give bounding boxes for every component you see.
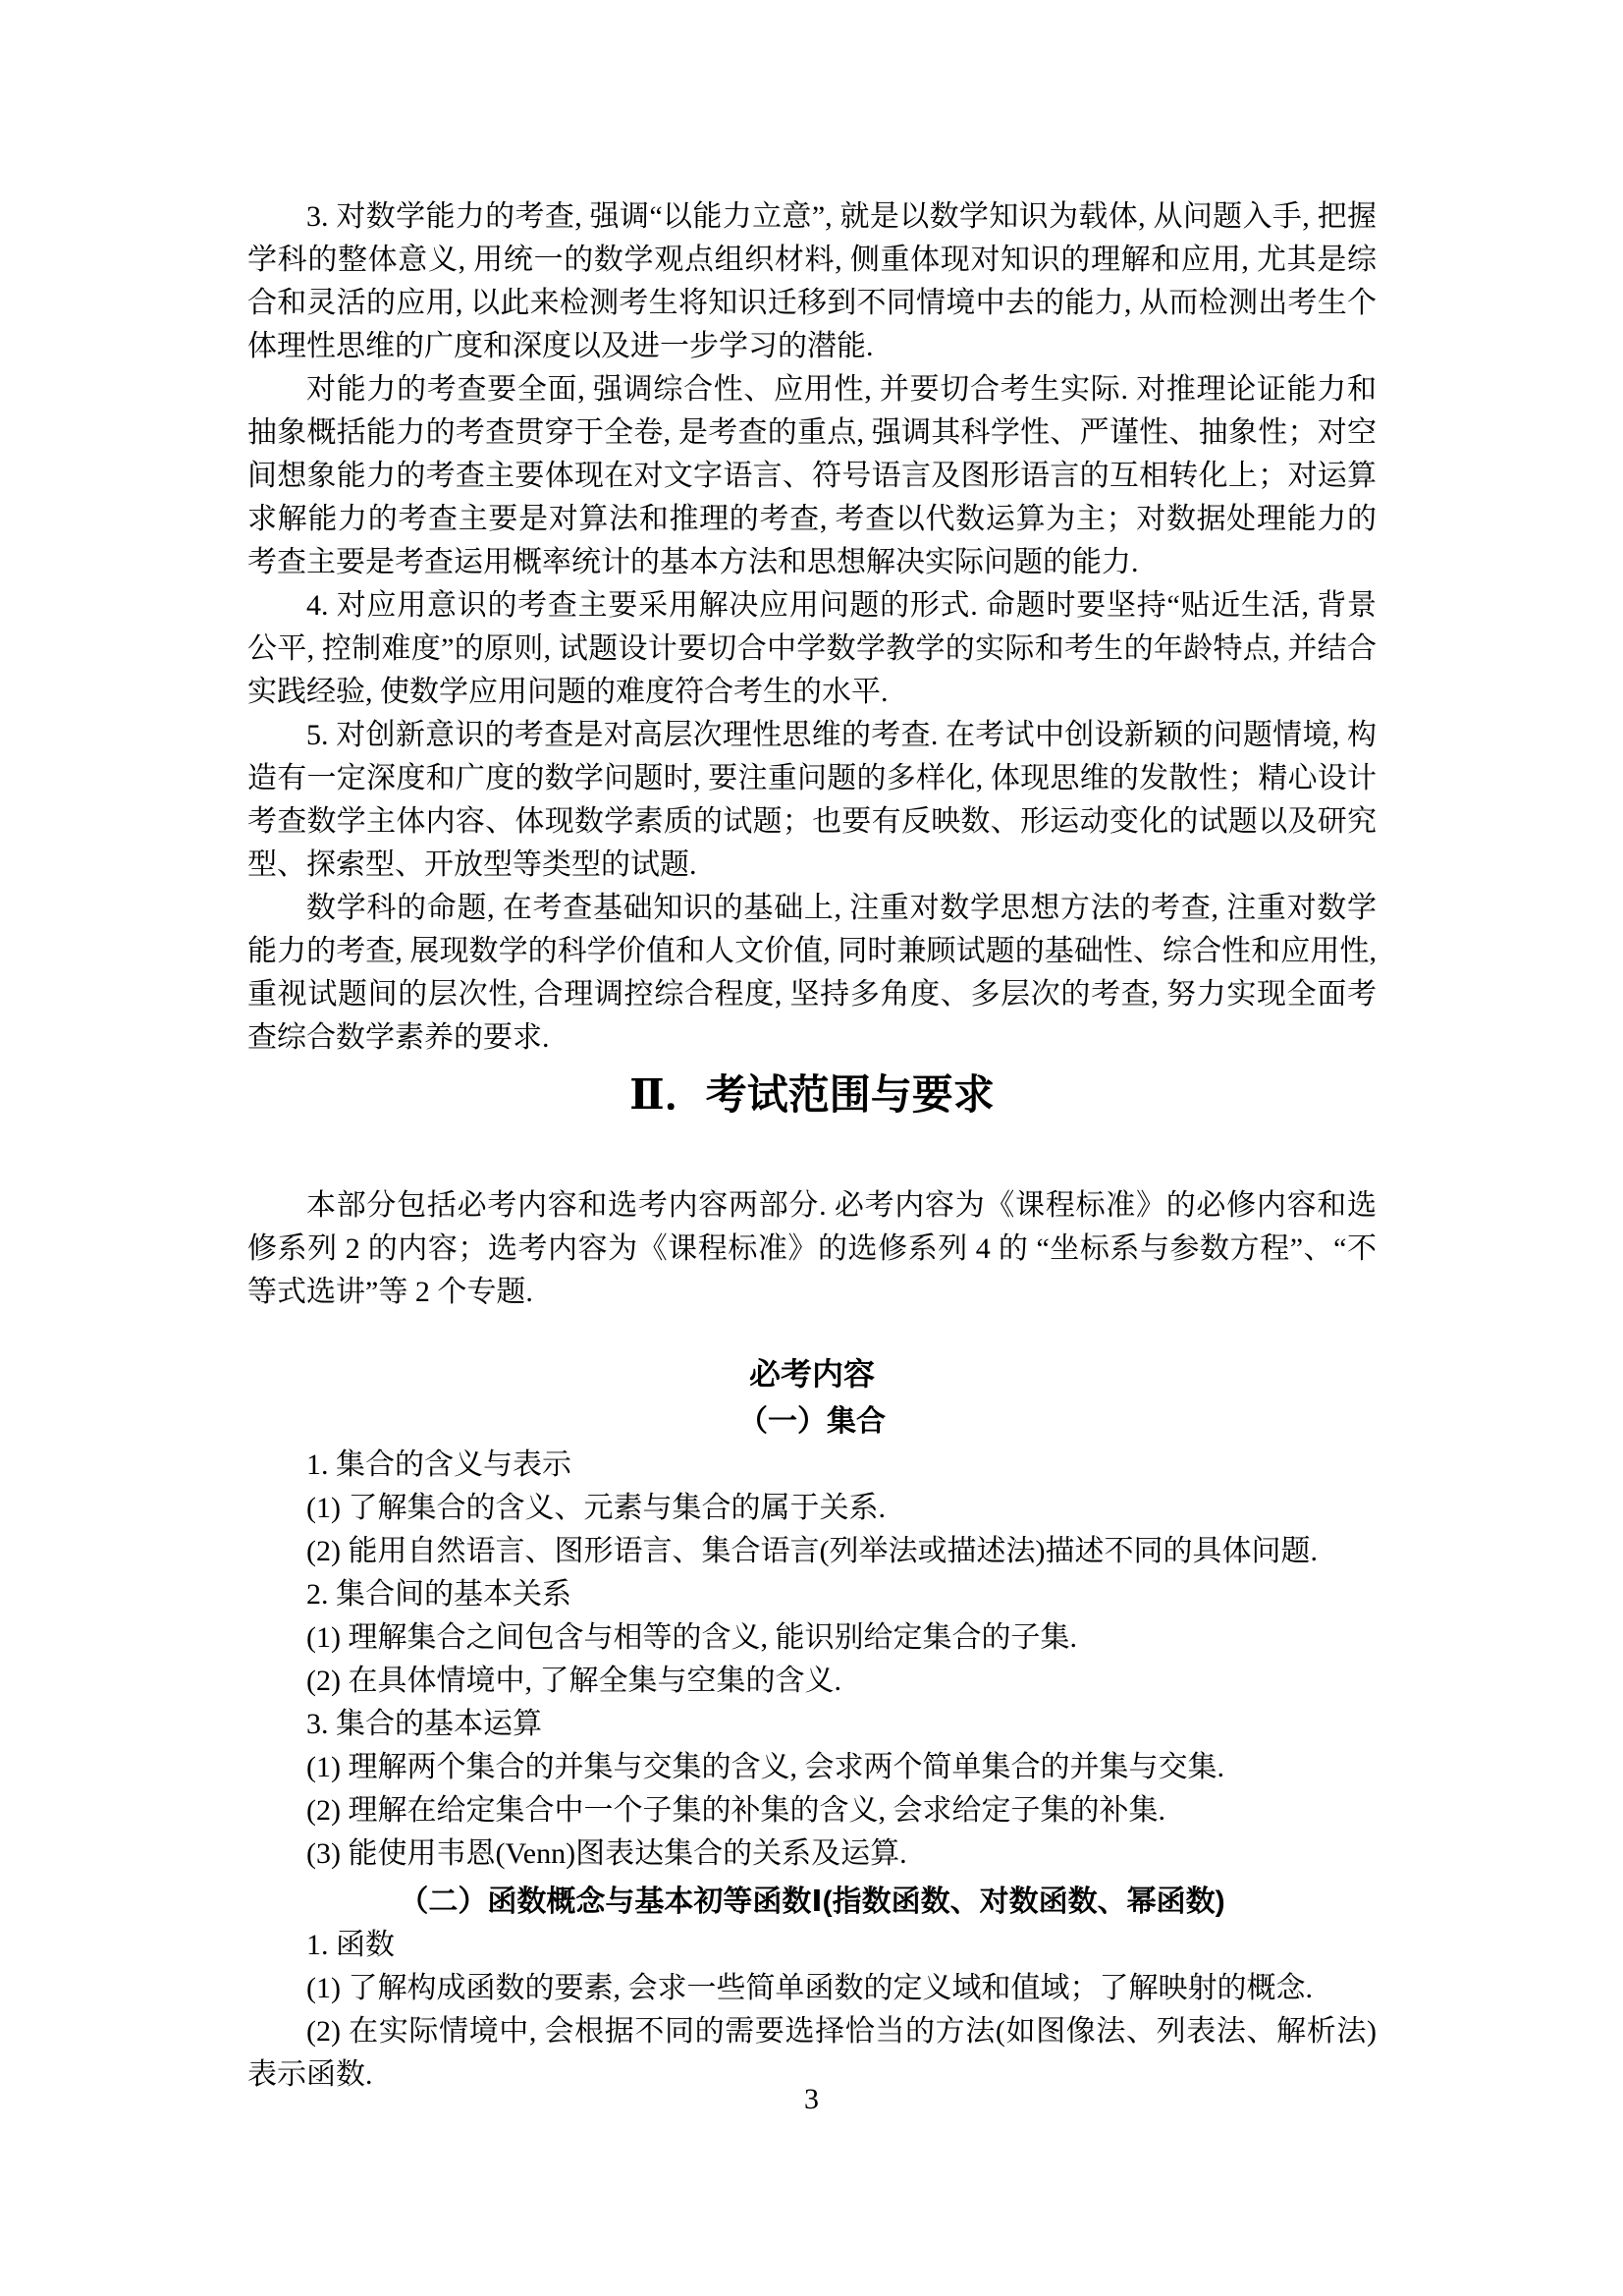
list-item: (3) 能使用韦恩(Venn)图表达集合的关系及运算.	[247, 1832, 1377, 1876]
list-item: (1) 了解构成函数的要素, 会求一些简单函数的定义域和值域；了解映射的概念.	[247, 1967, 1377, 2010]
list-item: (1) 理解两个集合的并集与交集的含义, 会求两个简单集合的并集与交集.	[247, 1746, 1377, 1789]
list-item: 1. 函数	[247, 1924, 1377, 1967]
list-item: 3. 集合的基本运算	[247, 1703, 1377, 1746]
document-content: 3. 对数学能力的考查, 强调“以能力立意”, 就是以数学知识为载体, 从问题入…	[247, 195, 1377, 2097]
topic-heading: （一）集合	[247, 1400, 1377, 1444]
paragraph: 3. 对数学能力的考查, 强调“以能力立意”, 就是以数学知识为载体, 从问题入…	[247, 195, 1377, 368]
paragraph: 5. 对创新意识的考查是对高层次理性思维的考查. 在考试中创设新颖的问题情境, …	[247, 714, 1377, 887]
paragraph: 数学科的命题, 在考查基础知识的基础上, 注重对数学思想方法的考查, 注重对数学…	[247, 887, 1377, 1060]
section-heading: Ⅱ．考试范围与要求	[247, 1068, 1377, 1123]
paragraph: 本部分包括必考内容和选考内容两部分. 必考内容为《课程标准》的必修内容和选修系列…	[247, 1184, 1377, 1314]
list-item: (2) 在具体情境中, 了解全集与空集的含义.	[247, 1660, 1377, 1703]
paragraph: 对能力的考查要全面, 强调综合性、应用性, 并要切合考生实际. 对推理论证能力和…	[247, 368, 1377, 584]
list-item: (1) 理解集合之间包含与相等的含义, 能识别给定集合的子集.	[247, 1616, 1377, 1660]
list-item: (2) 理解在给定集合中一个子集的补集的含义, 会求给定子集的补集.	[247, 1789, 1377, 1832]
list-item: (1) 了解集合的含义、元素与集合的属于关系.	[247, 1487, 1377, 1530]
list-item: 1. 集合的含义与表示	[247, 1444, 1377, 1487]
subsection-heading: 必考内容	[247, 1352, 1377, 1395]
topic-heading: （二）函数概念与基本初等函数Ⅰ(指数函数、对数函数、幂函数)	[247, 1881, 1377, 1924]
document-page: 3. 对数学能力的考查, 强调“以能力立意”, 就是以数学知识为载体, 从问题入…	[0, 0, 1623, 2296]
list-item: 2. 集合间的基本关系	[247, 1573, 1377, 1616]
page-number: 3	[0, 2078, 1623, 2121]
list-item: (2) 能用自然语言、图形语言、集合语言(列举法或描述法)描述不同的具体问题.	[247, 1530, 1377, 1573]
paragraph: 4. 对应用意识的考查主要采用解决应用问题的形式. 命题时要坚持“贴近生活, 背…	[247, 584, 1377, 714]
